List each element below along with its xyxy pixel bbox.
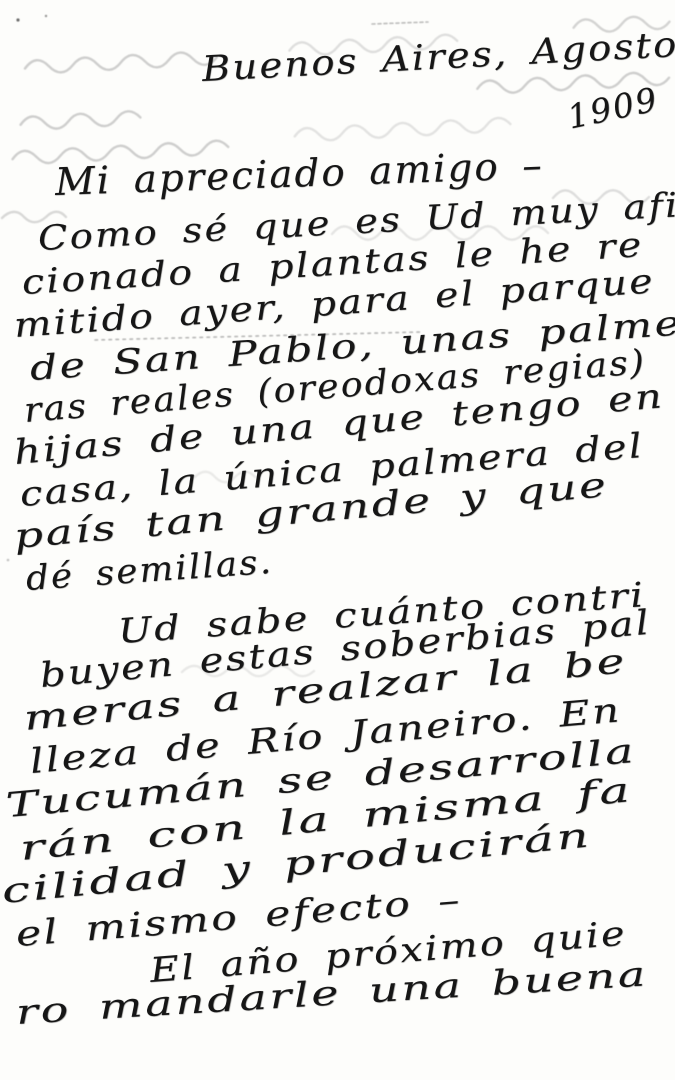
letter-page: Buenos Aires, Agosto 10, 1909 Mi aprecia… [0,0,675,1080]
